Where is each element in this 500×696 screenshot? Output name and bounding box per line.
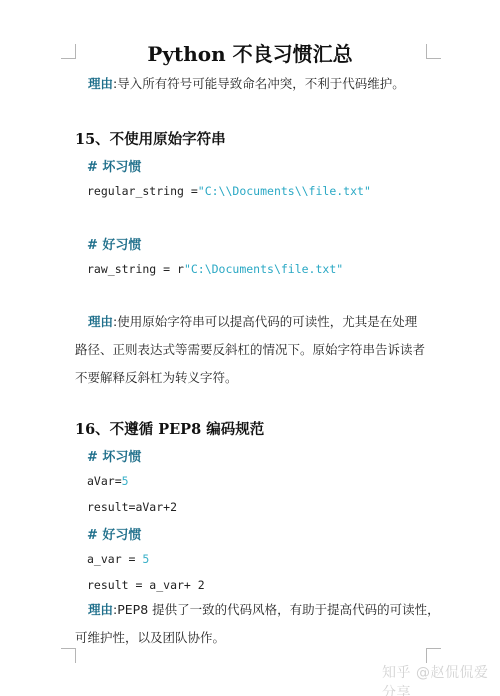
code-string-literal: "C:\Documents\file.txt": [184, 262, 343, 276]
intro-reason: 理由:导入所有符号可能导致命名冲突，不利于代码维护。: [88, 70, 405, 98]
section-16-bad-code-line-1: aVar=5: [87, 474, 129, 488]
reason-line: 理由:使用原始字符串可以提高代码的可读性，尤其是在处理: [75, 308, 425, 336]
section-16-heading: 16、不遵循 PEP8 编码规范: [75, 418, 264, 439]
reason-label: 理由: [88, 76, 113, 91]
section-16-bad-code-line-2: result=aVar+2: [87, 500, 177, 514]
section-15-bad-code-line: regular_string ="C:\\Documents\\file.txt…: [87, 184, 371, 198]
section-15-reason: 理由:使用原始字符串可以提高代码的可读性，尤其是在处理 路径、正则表达式等需要反…: [75, 308, 425, 392]
section-15-good-comment: # 好习惯: [87, 234, 141, 253]
section-15-heading: 15、不使用原始字符串: [75, 128, 226, 149]
section-16-good-code-line-2: result = a_var+ 2: [87, 578, 205, 592]
code-plain: regular_string =: [87, 184, 198, 198]
section-16-bad-comment: # 坏习惯: [87, 446, 141, 465]
reason-text: :PEP8 提供了一致的代码风格，有助于提高代码的可读性，: [113, 602, 440, 617]
code-plain: aVar=: [87, 474, 122, 488]
section-16-reason: 理由:PEP8 提供了一致的代码风格，有助于提高代码的可读性， 可维护性，以及团…: [75, 596, 440, 652]
document-title: Python 不良习惯汇总: [0, 38, 500, 67]
section-15-good-code-line: raw_string = r"C:\Documents\file.txt": [87, 262, 343, 276]
code-number-literal: 5: [142, 552, 149, 566]
code-number-literal: 5: [122, 474, 129, 488]
code-plain: a_var =: [87, 552, 142, 566]
code-plain: raw_string = r: [87, 262, 184, 276]
reason-text: :导入所有符号可能导致命名冲突，不利于代码维护。: [113, 76, 405, 91]
reason-line: 不要解释反斜杠为转义字符。: [75, 364, 425, 392]
code-string-literal: "C:\\Documents\\file.txt": [198, 184, 371, 198]
reason-line: 可维护性，以及团队协作。: [75, 624, 440, 652]
section-16-good-code-line-1: a_var = 5: [87, 552, 149, 566]
reason-label: 理由: [88, 602, 113, 617]
reason-text: :使用原始字符串可以提高代码的可读性，尤其是在处理: [113, 314, 417, 329]
reason-label: 理由: [88, 314, 113, 329]
section-16-good-comment: # 好习惯: [87, 524, 141, 543]
zhihu-watermark: 知乎 @赵侃侃爱分享: [382, 662, 500, 696]
section-15-bad-comment: # 坏习惯: [87, 156, 141, 175]
page-corner-mark-bottom-left: [61, 648, 76, 663]
reason-line: 理由:PEP8 提供了一致的代码风格，有助于提高代码的可读性，: [75, 596, 440, 624]
reason-line: 路径、正则表达式等需要反斜杠的情况下。原始字符串告诉读者: [75, 336, 425, 364]
